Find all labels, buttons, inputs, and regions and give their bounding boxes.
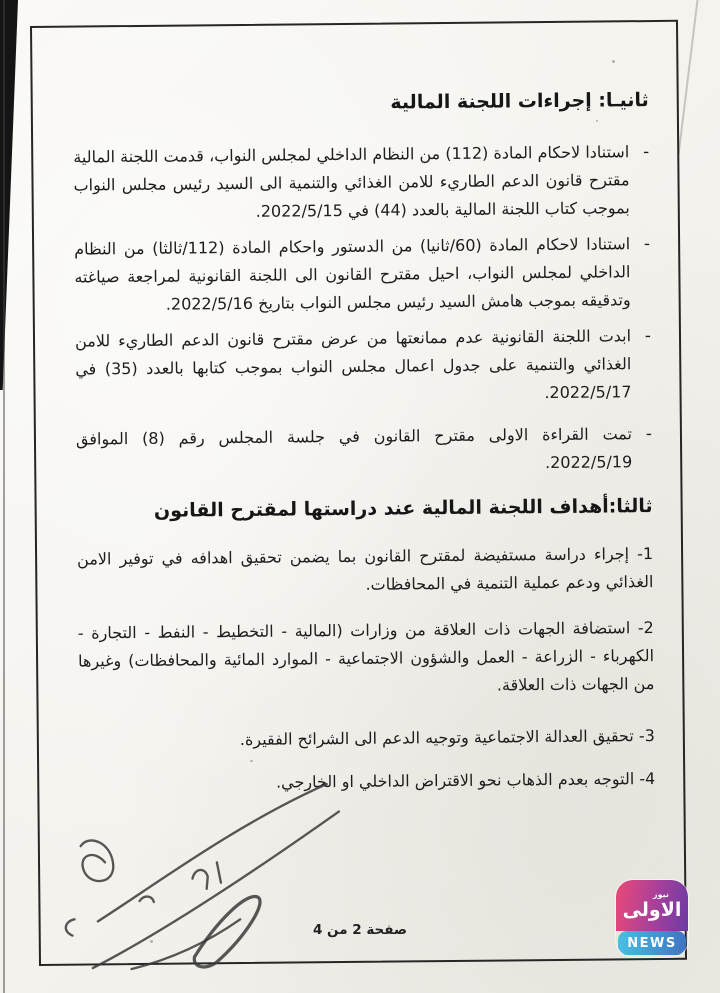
objective-item-3: 3- تحقيق العدالة الاجتماعية وتوجيه الدعم… bbox=[79, 722, 655, 756]
aloula-news-logo-icon: نيوز الاولى NEWS bbox=[616, 880, 688, 957]
scanned-document-page: ثانيـا: إجراءات اللجنة المالية - استنادا… bbox=[0, 0, 720, 993]
logo-gradient-panel: نيوز الاولى bbox=[616, 880, 688, 931]
section-2-heading: ثانيـا: إجراءات اللجنة المالية bbox=[73, 86, 649, 120]
bullet-dash: - bbox=[642, 420, 653, 476]
bullet-dash: - bbox=[639, 138, 650, 222]
procedure-bullet-1: - استنادا لاحكام المادة (112) من النظام … bbox=[73, 138, 650, 228]
bullet-dash: - bbox=[641, 322, 652, 406]
procedure-text: تمت القراءة الاولى مقترح القانون في جلسة… bbox=[76, 420, 633, 481]
scan-fold-artifact bbox=[678, 0, 699, 155]
section-3-heading: ثالثا:أهداف اللجنة المالية عند دراستها ل… bbox=[77, 492, 653, 526]
document-content: ثانيـا: إجراءات اللجنة المالية - استنادا… bbox=[32, 22, 685, 964]
logo-arabic-name: الاولى bbox=[623, 899, 682, 921]
bullet-dash: - bbox=[640, 230, 651, 314]
procedure-text: استنادا لاحكام المادة (60/ثانيا) من الدس… bbox=[74, 230, 631, 319]
logo-arabic-tag: نيوز bbox=[653, 890, 669, 899]
document-border-frame: ثانيـا: إجراءات اللجنة المالية - استنادا… bbox=[30, 20, 687, 966]
procedure-text: ابدت اللجنة القانونية عدم ممانعتها من عر… bbox=[75, 322, 632, 411]
logo-news-band: NEWS bbox=[618, 931, 686, 955]
objective-item-1: 1- إجراء دراسة مستفيضة لمقترح القانون بم… bbox=[77, 540, 654, 602]
scan-edge-line bbox=[3, 0, 5, 993]
page-footer: صفحة 2 من 4 bbox=[0, 922, 720, 938]
procedure-bullet-4: - تمت القراءة الاولى مقترح القانون في جل… bbox=[76, 420, 653, 482]
objective-item-2: 2- استضافة الجهات ذات العلاقة من وزارات … bbox=[78, 614, 655, 704]
objective-item-4: 4- التوجه بعدم الذهاب نحو الاقتراض الداخ… bbox=[79, 765, 655, 799]
procedure-bullet-3: - ابدت اللجنة القانونية عدم ممانعتها من … bbox=[75, 322, 652, 412]
procedure-text: استنادا لاحكام المادة (112) من النظام ال… bbox=[73, 138, 630, 227]
procedure-bullet-2: - استنادا لاحكام المادة (60/ثانيا) من ال… bbox=[74, 230, 651, 320]
